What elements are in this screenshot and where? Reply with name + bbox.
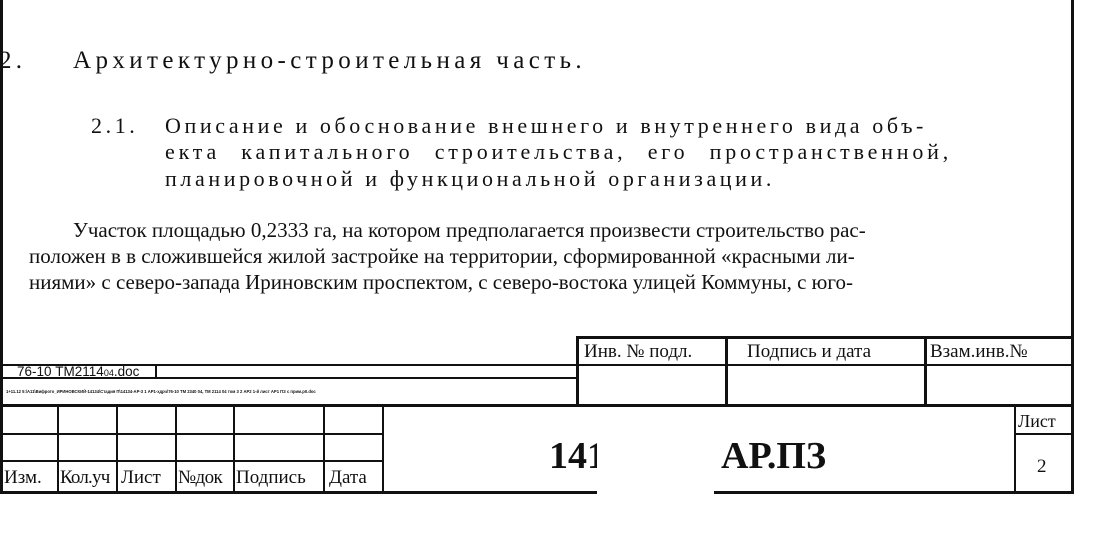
stamp-line: [57, 405, 59, 492]
stamp-line: [924, 336, 927, 406]
designation-code-left: 141: [549, 434, 597, 478]
header-replaced-inv: Взам.инв.№: [930, 341, 1028, 363]
stamp-line: [577, 336, 1074, 339]
column-label-change: Изм.: [4, 467, 42, 489]
subsection-title-line: екта капитального строительства, его про…: [165, 139, 952, 165]
stamp-line: [0, 364, 1074, 366]
page-frame-right: [1071, 0, 1074, 494]
column-label-doc-no: №док: [178, 467, 222, 489]
paragraph-line: ниями» с северо-запада Ириновским проспе…: [29, 270, 853, 295]
paragraph-line: положен в в сложившейся жилой застройке …: [29, 244, 855, 269]
stamp-line: [0, 404, 1074, 407]
column-label-sheet: Лист: [121, 467, 161, 489]
section-number: 2.: [0, 47, 26, 75]
subsection-title-line: планировочной и функциональной организац…: [165, 166, 775, 192]
subsection-number: 2.1.: [91, 113, 138, 139]
stamp-line: [116, 405, 118, 492]
stamp-line: [725, 336, 728, 406]
column-label-qty: Кол.уч: [60, 467, 109, 489]
column-label-signature: Подпись: [236, 467, 306, 489]
header-signature-date: Подпись и дата: [747, 341, 871, 363]
stamp-line: [382, 405, 384, 492]
stamp-line: [175, 405, 177, 492]
stamp-line: [576, 336, 579, 406]
paragraph-line: Участок площадью 0,2333 га, на котором п…: [73, 218, 866, 243]
stamp-line: [233, 405, 235, 492]
stamp-line: [155, 364, 157, 378]
file-path: 1+11.12 5:\А11\Вифрото_ИРИНОВСКИЙ-14134\…: [6, 389, 316, 394]
erased-region: [597, 407, 714, 497]
stamp-line: [1014, 405, 1016, 492]
sheet-number: 2: [1037, 456, 1047, 478]
section-title: Архитектурно-строительная часть.: [73, 47, 586, 75]
header-inv-no: Инв. № подл.: [584, 341, 692, 363]
column-label-date: Дата: [329, 467, 367, 489]
subsection-title-line: Описание и обоснование внешнего и внутре…: [165, 113, 927, 139]
stamp-line: [0, 491, 1074, 494]
stamp-line: [323, 405, 325, 492]
file-name: 76-10 ТМ211404.doc: [17, 364, 139, 379]
designation-code-right: АР.ПЗ: [721, 434, 826, 478]
sheet-label: Лист: [1018, 411, 1056, 432]
stamp-line: [1015, 433, 1073, 435]
